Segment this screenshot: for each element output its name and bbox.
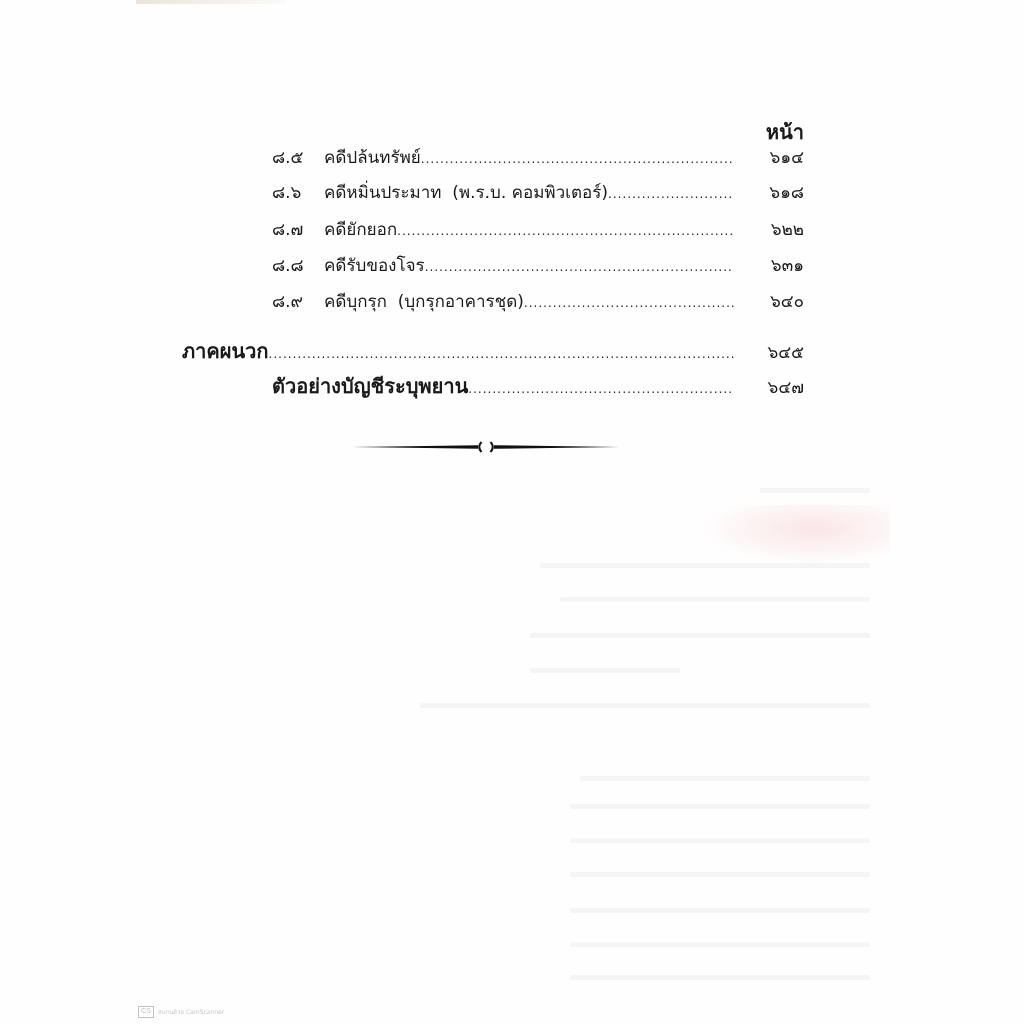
dot-leader <box>397 224 734 238</box>
page-number: ๖๔๐ <box>756 288 804 315</box>
camscanner-logo-icon: CS <box>138 1006 154 1018</box>
dot-leader <box>524 296 734 310</box>
scan-edge <box>136 0 286 4</box>
bleed-through <box>530 633 870 638</box>
dot-leader <box>421 152 734 166</box>
section-title: คดีรับของโจร <box>324 252 425 279</box>
paper-stain <box>700 505 890 565</box>
toc-entry[interactable]: ๘.๙ คดีบุกรุก (บุกรุกอาคารชุด) ๖๔๐ <box>272 288 804 318</box>
camscanner-watermark: CS สแกนด้วย CamScanner <box>138 1006 224 1018</box>
bleed-through <box>570 908 870 913</box>
toc-entry[interactable]: ๘.๕ คดีปล้นทรัพย์ ๖๑๔ <box>272 144 804 174</box>
page-number: ๖๓๑ <box>756 252 804 279</box>
bleed-through <box>570 975 870 980</box>
section-number: ๘.๘ <box>272 252 324 279</box>
bleed-through <box>570 872 870 877</box>
bleed-through <box>560 597 870 602</box>
toc-entry[interactable]: ๘.๘ คดีรับของโจร ๖๓๑ <box>272 252 804 282</box>
section-number: ๘.๙ <box>272 288 324 315</box>
section-title: คดีปล้นทรัพย์ <box>324 144 421 171</box>
appendix-title: ภาคผนวก <box>182 335 269 367</box>
section-number: ๘.๖ <box>272 179 324 206</box>
document-page: หน้า ๘.๕ คดีปล้นทรัพย์ ๖๑๔ ๘.๖ คดีหมิ่นป… <box>0 0 1024 1024</box>
dot-leader <box>608 187 734 201</box>
page-number: ๖๔๗ <box>756 374 804 401</box>
bleed-through <box>540 563 870 568</box>
page-number: ๖๔๕ <box>756 339 804 366</box>
bleed-through <box>580 776 870 781</box>
toc-entry[interactable]: ๘.๗ คดียักยอก ๖๒๒ <box>272 216 804 246</box>
section-title: คดีหมิ่นประมาท (พ.ร.บ. คอมพิวเตอร์) <box>324 179 608 206</box>
bleed-through <box>760 488 870 493</box>
bleed-through <box>570 942 870 947</box>
section-title: คดียักยอก <box>324 216 397 243</box>
dot-leader <box>269 347 734 361</box>
bleed-through <box>570 838 870 843</box>
bleed-through <box>420 703 870 708</box>
toc-appendix-subentry[interactable]: ตัวอย่างบัญชีระบุพยาน ๖๔๗ <box>272 370 804 402</box>
dot-leader <box>425 260 734 274</box>
page-number: ๖๑๘ <box>756 179 804 206</box>
dot-leader <box>468 382 734 396</box>
toc-entry[interactable]: ๘.๖ คดีหมิ่นประมาท (พ.ร.บ. คอมพิวเตอร์) … <box>272 179 804 209</box>
subentry-title: ตัวอย่างบัญชีระบุพยาน <box>272 370 468 402</box>
bleed-through <box>570 804 870 809</box>
section-title: คดีบุกรุก (บุกรุกอาคารชุด) <box>324 288 524 315</box>
toc-appendix[interactable]: ภาคผนวก ๖๔๕ <box>182 335 804 367</box>
bleed-through <box>530 668 680 673</box>
ornament-divider <box>352 440 620 454</box>
page-number: ๖๒๒ <box>756 216 804 243</box>
watermark-text: สแกนด้วย CamScanner <box>158 1007 224 1017</box>
section-number: ๘.๗ <box>272 216 324 243</box>
page-number: ๖๑๔ <box>756 144 804 171</box>
section-number: ๘.๕ <box>272 144 324 171</box>
